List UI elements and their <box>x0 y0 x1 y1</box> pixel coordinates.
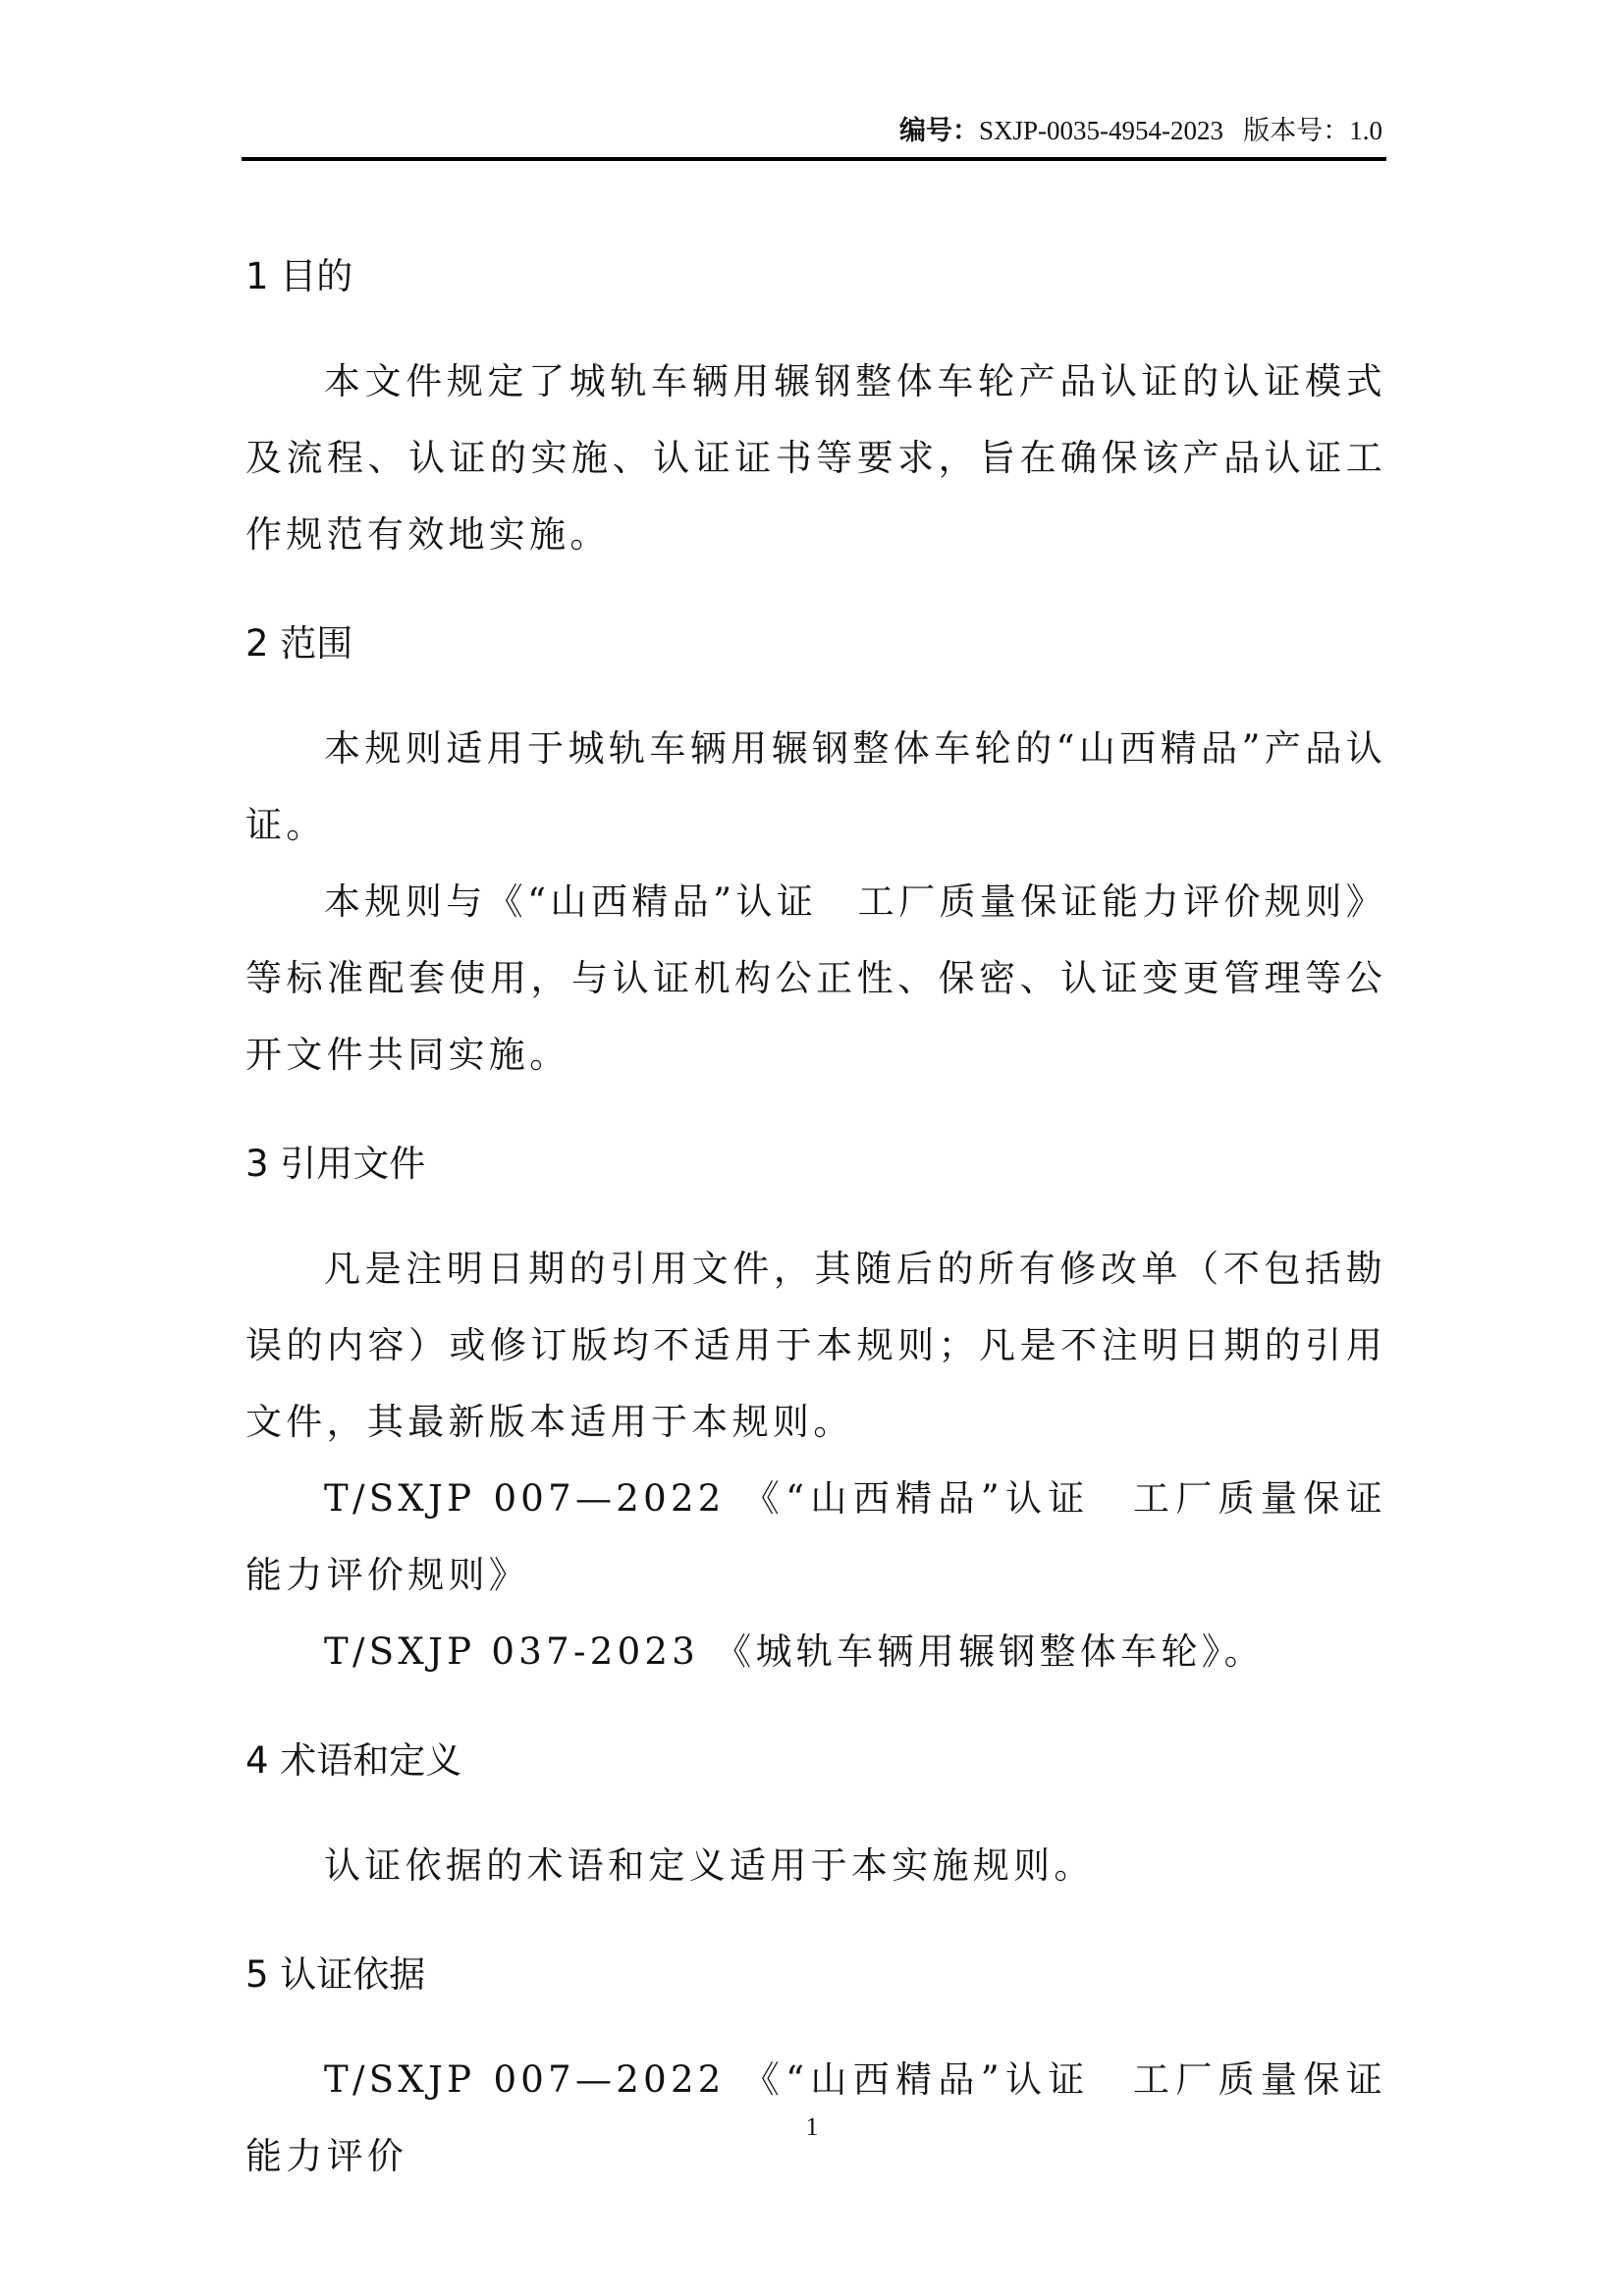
section-heading-references: 3 引用文件 <box>245 1141 1386 1188</box>
section-heading-basis: 5 认证依据 <box>245 1951 1386 1999</box>
paragraph: 本规则适用于城轨车辆用辗钢整体车轮的“山西精品”产品认证。 <box>245 711 1386 864</box>
reference-item: T/SXJP 007—2022 《“山西精品”认证 工厂质量保证能力评价规则》 <box>245 1461 1386 1614</box>
doc-number-label: 编号： <box>899 116 979 145</box>
page-number: 1 <box>0 2112 1624 2142</box>
section-heading-scope: 2 范围 <box>245 620 1386 667</box>
page-header: 编号：SXJP-0035-4954-2023 版本号：1.0 <box>242 110 1386 161</box>
paragraph: 认证依据的术语和定义适用于本实施规则。 <box>245 1828 1386 1904</box>
document-body: 1 目的 本文件规定了城轨车辆用辗钢整体车轮产品认证的认证模式及流程、认证的实施… <box>245 253 1386 2195</box>
reference-item: T/SXJP 037-2023 《城轨车辆用辗钢整体车轮》。 <box>245 1614 1386 1690</box>
paragraph: 本文件规定了城轨车辆用辗钢整体车轮产品认证的认证模式及流程、认证的实施、认证证书… <box>245 344 1386 573</box>
header-text: 编号：SXJP-0035-4954-2023 版本号：1.0 <box>899 114 1382 147</box>
section-heading-terms: 4 术语和定义 <box>245 1737 1386 1785</box>
paragraph: 凡是注明日期的引用文件，其随后的所有修改单（不包括勘误的内容）或修订版均不适用于… <box>245 1231 1386 1461</box>
section-heading-purpose: 1 目的 <box>245 253 1386 300</box>
version-number: 1.0 <box>1349 116 1382 145</box>
version-label: 版本号： <box>1243 116 1349 145</box>
paragraph: 本规则与《“山西精品”认证 工厂质量保证能力评价规则》等标准配套使用，与认证机构… <box>245 864 1386 1094</box>
doc-number: SXJP-0035-4954-2023 <box>979 116 1223 145</box>
